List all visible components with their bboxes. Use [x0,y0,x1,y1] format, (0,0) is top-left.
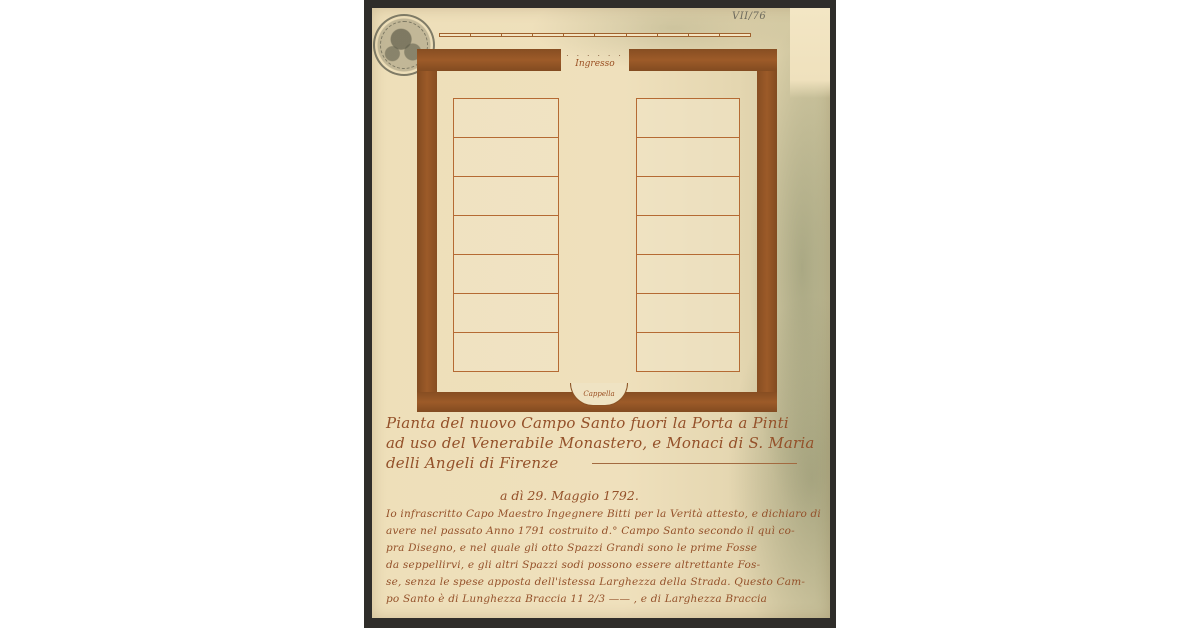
wall-left [417,49,437,412]
wall-right [757,49,777,412]
body-line-3: pra Disegno, e nel quale gli otto Spazzi… [386,542,757,554]
body-line-6: po Santo è di Lunghezza Braccia 11 2/3 —… [386,593,767,605]
wall-top-left [417,49,561,71]
burial-plot [636,294,740,333]
entrance-label: Ingresso [575,59,614,69]
burial-plot [636,177,740,216]
burial-plot [453,216,559,255]
burial-plot [636,333,740,372]
title-line-3: delli Angeli di Firenze [386,454,558,472]
burial-plot [453,98,559,138]
burial-plot [453,294,559,333]
manuscript-page: VII/76 · · · · · · Ingresso Cappella [372,8,830,618]
body-line-4: da seppellirvi, e gli altri Spazzi sodi … [386,559,760,571]
burial-plot [636,98,740,138]
cemetery-floor-plan: · · · · · · Ingresso Cappella [417,49,777,412]
burial-plot [636,216,740,255]
main-entrance: · · · · · · Ingresso [561,43,629,71]
burial-plot [453,138,559,177]
paper-repair-strip [790,8,830,98]
body-line-2: avere nel passato Anno 1791 costruito d.… [386,525,795,537]
title-line-1: Pianta del nuovo Campo Santo fuori la Po… [386,414,789,432]
burial-plot [636,255,740,294]
image-viewer: VII/76 · · · · · · Ingresso Cappella [0,0,1200,628]
burial-plot [636,138,740,177]
burial-plots-left [453,98,559,372]
shelfmark: VII/76 [732,11,766,22]
scale-bar [439,33,751,37]
wall-top-right [629,49,777,71]
burial-plots-right [636,98,740,372]
title-underline [592,463,797,464]
burial-plot [453,333,559,372]
niche-label: Cappella [583,390,614,398]
date-line: a dì 29. Maggio 1792. [500,488,639,503]
body-line-1: Io infrascritto Capo Maestro Ingegnere B… [386,508,821,520]
title-line-2: ad uso del Venerabile Monastero, e Monac… [386,434,815,452]
burial-plot [453,255,559,294]
body-line-5: se, senza le spese apposta dell'istessa … [386,576,805,588]
burial-plot [453,177,559,216]
